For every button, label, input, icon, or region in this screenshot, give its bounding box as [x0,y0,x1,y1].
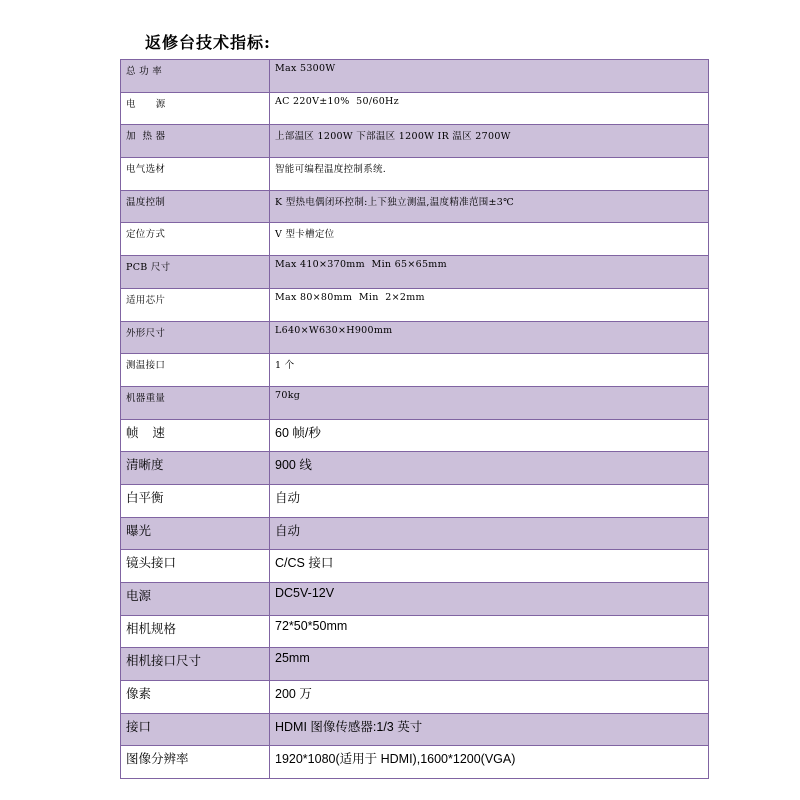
spec-value: 智能可编程温度控制系统. [270,158,709,191]
spec-row: 电源DC5V-12V [121,583,709,616]
spec-row: 温度控制K 型热电偶闭环控制:上下独立测温,温度精准范围±3℃ [121,190,709,223]
spec-value: L640×W630×H900mm [270,321,709,354]
spec-label: 相机接口尺寸 [121,648,270,681]
spec-label: 图像分辨率 [121,746,270,779]
spec-label: 电 源 [121,92,270,125]
spec-value: 自动 [270,517,709,550]
spec-label: 测温接口 [121,354,270,387]
spec-row: 白平衡自动 [121,484,709,517]
spec-value: 200 万 [270,681,709,714]
spec-label: 外形尺寸 [121,321,270,354]
spec-row: 图像分辨率1920*1080(适用于 HDMI),1600*1200(VGA) [121,746,709,779]
spec-value: 900 线 [270,452,709,485]
spec-row: 接口HDMI 图像传感器:1/3 英寸 [121,713,709,746]
spec-label: 曝光 [121,517,270,550]
spec-row: 相机规格72*50*50mm [121,615,709,648]
spec-row: 定位方式V 型卡槽定位 [121,223,709,256]
spec-value: 自动 [270,484,709,517]
spec-row: 电 源AC 220V±10% 50/60Hz [121,92,709,125]
spec-value: DC5V-12V [270,583,709,616]
spec-value: K 型热电偶闭环控制:上下独立测温,温度精准范围±3℃ [270,190,709,223]
spec-label: 相机规格 [121,615,270,648]
spec-label: 镜头接口 [121,550,270,583]
spec-value: 上部温区 1200W 下部温区 1200W IR 温区 2700W [270,125,709,158]
spec-row: 曝光自动 [121,517,709,550]
spec-value: V 型卡槽定位 [270,223,709,256]
spec-label: 总 功 率 [121,60,270,93]
spec-label: 清晰度 [121,452,270,485]
spec-row: 适用芯片Max 80×80mm Min 2×2mm [121,288,709,321]
spec-label: 白平衡 [121,484,270,517]
spec-label: 机器重量 [121,386,270,419]
spec-row: 加 热 器上部温区 1200W 下部温区 1200W IR 温区 2700W [121,125,709,158]
spec-label: 适用芯片 [121,288,270,321]
spec-row: 电气选材智能可编程温度控制系统. [121,158,709,191]
spec-row: 像素200 万 [121,681,709,714]
spec-value: HDMI 图像传感器:1/3 英寸 [270,713,709,746]
spec-value: 60 帧/秒 [270,419,709,452]
spec-value: 1920*1080(适用于 HDMI),1600*1200(VGA) [270,746,709,779]
spec-value: 72*50*50mm [270,615,709,648]
spec-row: PCB 尺寸Max 410×370mm Min 65×65mm [121,256,709,289]
spec-value: Max 80×80mm Min 2×2mm [270,288,709,321]
spec-row: 清晰度900 线 [121,452,709,485]
spec-row: 镜头接口C/CS 接口 [121,550,709,583]
spec-value: 25mm [270,648,709,681]
spec-label: 帧 速 [121,419,270,452]
spec-row: 外形尺寸L640×W630×H900mm [121,321,709,354]
document-title: 返修台技术指标: [145,30,271,53]
spec-value: Max 410×370mm Min 65×65mm [270,256,709,289]
spec-label: 加 热 器 [121,125,270,158]
spec-label: 像素 [121,681,270,714]
spec-label: 电气选材 [121,158,270,191]
spec-label: 定位方式 [121,223,270,256]
spec-value: AC 220V±10% 50/60Hz [270,92,709,125]
spec-label: 电源 [121,583,270,616]
spec-row: 测温接口1 个 [121,354,709,387]
spec-row: 机器重量70kg [121,386,709,419]
spec-label: PCB 尺寸 [121,256,270,289]
spec-value: Max 5300W [270,60,709,93]
spec-row: 总 功 率Max 5300W [121,60,709,93]
spec-value: 1 个 [270,354,709,387]
spec-label: 接口 [121,713,270,746]
spec-row: 帧 速60 帧/秒 [121,419,709,452]
spec-value: C/CS 接口 [270,550,709,583]
spec-label: 温度控制 [121,190,270,223]
spec-row: 相机接口尺寸25mm [121,648,709,681]
spec-value: 70kg [270,386,709,419]
spec-table: 总 功 率Max 5300W 电 源AC 220V±10% 50/60Hz 加 … [120,59,709,779]
